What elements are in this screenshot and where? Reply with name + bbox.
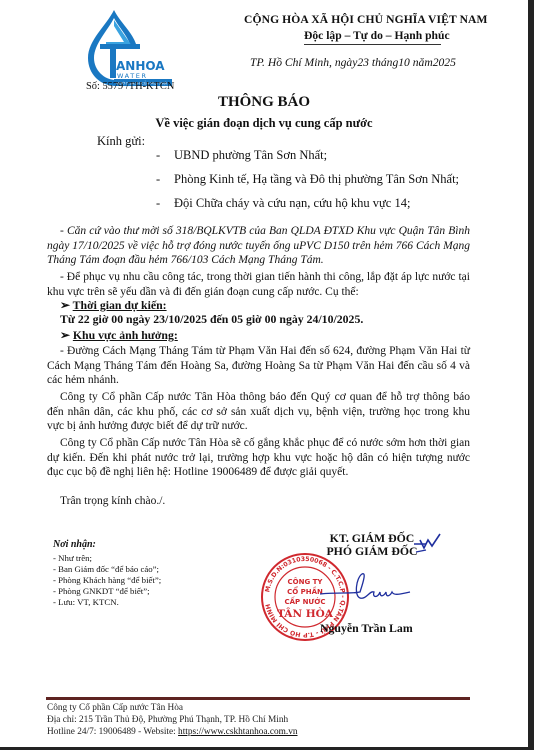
national-motto: Độc lập – Tự do – Hạnh phúc: [304, 29, 450, 42]
closing-line: Trân trọng kính chào./.: [60, 495, 165, 507]
footer-address: Địa chỉ: 215 Trần Thủ Độ, Phường Phú Thạ…: [47, 715, 288, 725]
receiver-item: - Như trên;: [53, 553, 92, 563]
bullet: -: [156, 148, 174, 163]
document-number: Số: 5579 /TH-KTCN: [86, 81, 174, 92]
notice-paragraph: Công ty Cổ phần Cấp nước Tân Hòa thông b…: [47, 390, 470, 434]
footer-hotline: Hotline 24/7: 19006489 - Website: https:…: [47, 727, 298, 737]
footer-divider: [46, 697, 470, 700]
receiver-item: - Phòng GNKDT “để biết”;: [53, 586, 150, 596]
area-heading: ➢ Khu vực ảnh hưởng:: [60, 328, 178, 343]
bullet: -: [156, 196, 174, 211]
document-page: ANHOA WATER NƯỚC SẠCH CỦA MỌI NHÀ CỘNG H…: [0, 0, 528, 747]
recipient-item: -Phòng Kinh tế, Hạ tầng và Đô thị phường…: [156, 172, 459, 187]
document-title: THÔNG BÁO: [0, 94, 528, 111]
receiver-item: - Phòng Khách hàng “để biết”;: [53, 575, 161, 585]
recipient-item: -UBND phường Tân Sơn Nhất;: [156, 148, 327, 163]
motto-underline: [304, 44, 441, 45]
salutation: Kính gửi:: [97, 134, 145, 149]
document-subtitle: Về việc gián đoạn dịch vụ cung cấp nước: [0, 116, 528, 131]
logo-brand-text: ANHOA: [116, 59, 165, 73]
svg-text:CÔNG TY: CÔNG TY: [288, 577, 324, 586]
basis-paragraph: - Căn cứ vào thư mời số 318/BQLKVTB của …: [47, 224, 470, 268]
website-link[interactable]: https://www.cskhtanhoa.com.vn: [178, 727, 297, 737]
national-title: CỘNG HÒA XÃ HỘI CHỦ NGHĨA VIỆT NAM: [244, 13, 488, 26]
time-value: Từ 22 giờ 00 ngày 23/10/2025 đến 05 giờ …: [60, 312, 363, 327]
tanhoa-water-logo-icon: ANHOA WATER NƯỚC SẠCH CỦA MỌI NHÀ: [76, 8, 176, 88]
signer-name: Nguyễn Trần Lam: [320, 621, 413, 636]
recipient-item: -Đội Chữa cháy và cứu nạn, cứu hộ khu vự…: [156, 196, 410, 211]
svg-text:WATER: WATER: [117, 72, 148, 80]
commitment-paragraph: Công ty Cổ phần Cấp nước Tân Hòa sẽ cố g…: [47, 436, 470, 480]
initial-mark-icon: [412, 530, 452, 560]
purpose-paragraph: - Để phục vụ nhu cầu công tác, trong thờ…: [47, 270, 470, 299]
receivers-heading: Nơi nhận:: [53, 539, 96, 550]
receiver-item: - Ban Giám đốc “để báo cáo”;: [53, 564, 159, 574]
date-line: TP. Hồ Chí Minh, ngày23 tháng10 năm2025: [250, 56, 456, 69]
receiver-item: - Lưu: VT, KTCN.: [53, 597, 119, 607]
time-heading: ➢ Thời gian dự kiến:: [60, 298, 167, 313]
svg-text:CỔ PHẦN: CỔ PHẦN: [287, 586, 323, 596]
handwritten-signature-icon: [320, 570, 430, 610]
area-paragraph: - Đường Cách Mạng Tháng Tám từ Phạm Văn …: [47, 344, 470, 388]
bullet: -: [156, 172, 174, 187]
footer-company: Công ty Cổ phần Cấp nước Tân Hòa: [47, 703, 183, 713]
